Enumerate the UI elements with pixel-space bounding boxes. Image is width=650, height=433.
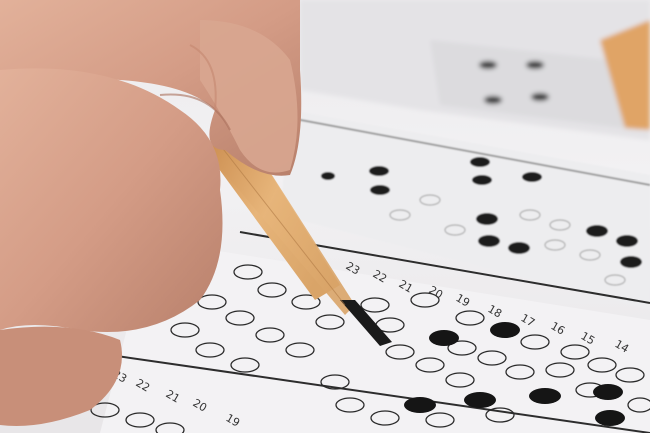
blurred-background-sheet — [300, 0, 650, 140]
photo-scene: 23 22 21 20 19 18 17 16 15 14 23 22 21 2… — [0, 0, 650, 433]
scene-illustration: 23 22 21 20 19 18 17 16 15 14 23 22 21 2… — [0, 0, 650, 433]
